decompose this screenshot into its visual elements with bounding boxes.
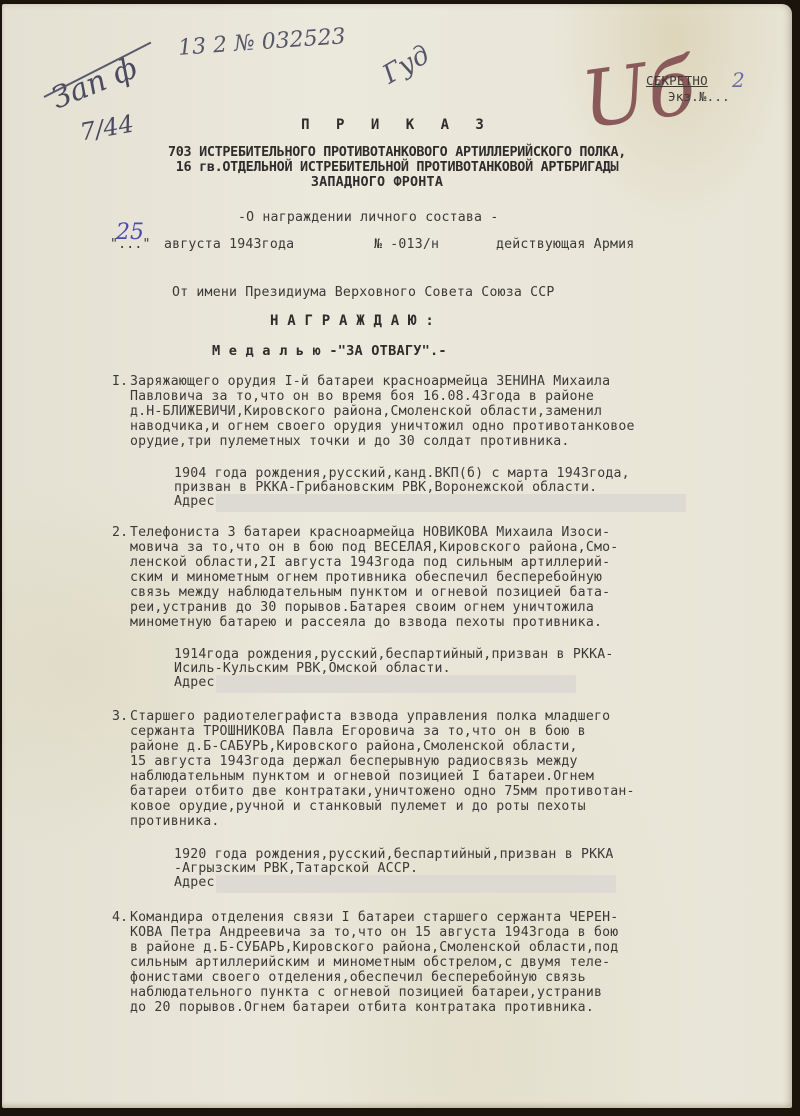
citation-line: до 20 порывов.Огнем батареи отбита контр… [130,1001,594,1016]
citation-line: ковое орудие,ручной и станковый пулемет … [130,800,586,815]
citation-line: фонистами своего отделения,обеспечил бес… [130,971,586,986]
citation-line: Павловича за то,что он во время боя 16.0… [130,390,594,405]
unit-line-2: 16 гв.ОТДЕЛЬНОЙ ИСТРЕБИТЕЛЬНОЙ ПРОТИВОТА… [2,161,792,176]
redacted-address [216,675,576,693]
citation-line: ским и минометным огнем противника обесп… [130,571,602,586]
awardee-number: 3. [112,710,128,725]
citation-line: реи,устранив до 30 порывов.Батарея своим… [130,601,594,616]
medal-heading: М е д а л ь ю -"ЗА ОТВАГУ".- [212,344,447,359]
citation-line: Телефониста 3 батареи красноармейца НОВИ… [130,526,610,541]
order-place: действующая Армия [496,238,634,253]
authority-line: От имени Президиума Верховного Совета Со… [172,286,555,301]
date-day-handwritten: 25 [116,220,144,245]
handwritten-note-line1: Зап ф [47,51,143,117]
awarding-heading: Н А Г Р А Ж Д А Ю : [270,314,434,329]
citation-line: минометную батарею и рассеяла до взвода … [130,616,602,631]
awardee-number: 2. [112,526,128,541]
citation-line: наблюдательным пунктом и огневой позицие… [130,770,594,785]
citation-line: противника. [130,815,220,830]
citation-line: сильным артиллерийским и минометным обст… [130,956,610,971]
document-page: 13 2 № 032523 Зап ф 7/44 Гуд Uб СЕКРЕТНО… [2,4,792,1108]
citation-line: КОВА Петра Андреевича за то,что он 15 ав… [130,926,618,941]
order-date: августа 1943года [164,238,294,253]
citation-line: батареи отбито две контратаки,уничтожено… [130,785,635,800]
redacted-address [216,494,686,512]
citation-line: в районе д.Б-СУБАРЬ,Кировского района,См… [130,941,618,956]
order-title: П Р И К А З [2,118,792,133]
copy-number-label: Экз.№... [668,90,730,105]
unit-line-3: ЗАПАДНОГО ФРОНТА [0,176,772,191]
citation-line: Заряжающего орудия I-й батареи красноарм… [130,375,610,390]
handwritten-archive-number: 13 2 № 032523 [177,24,346,61]
citation-line: наводчика,и огнем своего орудия уничтожи… [130,420,635,435]
awardee-number: 4. [112,911,128,926]
citation-line: сержанта ТРОШНИКОВА Павла Егоровича за т… [130,725,586,740]
citation-line: районе д.Б-САБУРЬ,Кировского района,Смол… [130,740,578,755]
citation-line: связь между наблюдательным пунктом и огн… [130,586,610,601]
awardee-number: I. [112,375,128,390]
order-number: № -013/н [374,238,439,253]
citation-line: мовича за то,что он в бою под ВЕСЕЛАЯ,Ки… [130,541,618,556]
citation-line: наблюдательного пункта с огневой позицие… [130,986,602,1001]
citation-line: ленской области,2I августа 1943года под … [130,556,610,571]
secret-stamp: СЕКРЕТНО [646,74,708,89]
order-subject: -О награждении личного состава - [238,211,498,226]
signature: Гуд [378,40,435,90]
citation-line: орудие,три пулеметных точки и до 30 солд… [130,435,570,450]
citation-line: Старшего радиотелеграфиста взвода управл… [130,710,610,725]
citation-line: Командира отделения связи I батареи стар… [130,911,618,926]
citation-line: д.Н-БЛИЖЕВИЧИ,Кировского района,Смоленск… [130,405,602,420]
citation-line: 15 августа 1943года держал бесперывную р… [130,755,578,770]
unit-line-1: 703 ИСТРЕБИТЕЛЬНОГО ПРОТИВОТАНКОВОГО АРТ… [2,146,792,161]
redacted-address [216,875,616,893]
copy-number-handwritten: 2 [732,68,745,92]
